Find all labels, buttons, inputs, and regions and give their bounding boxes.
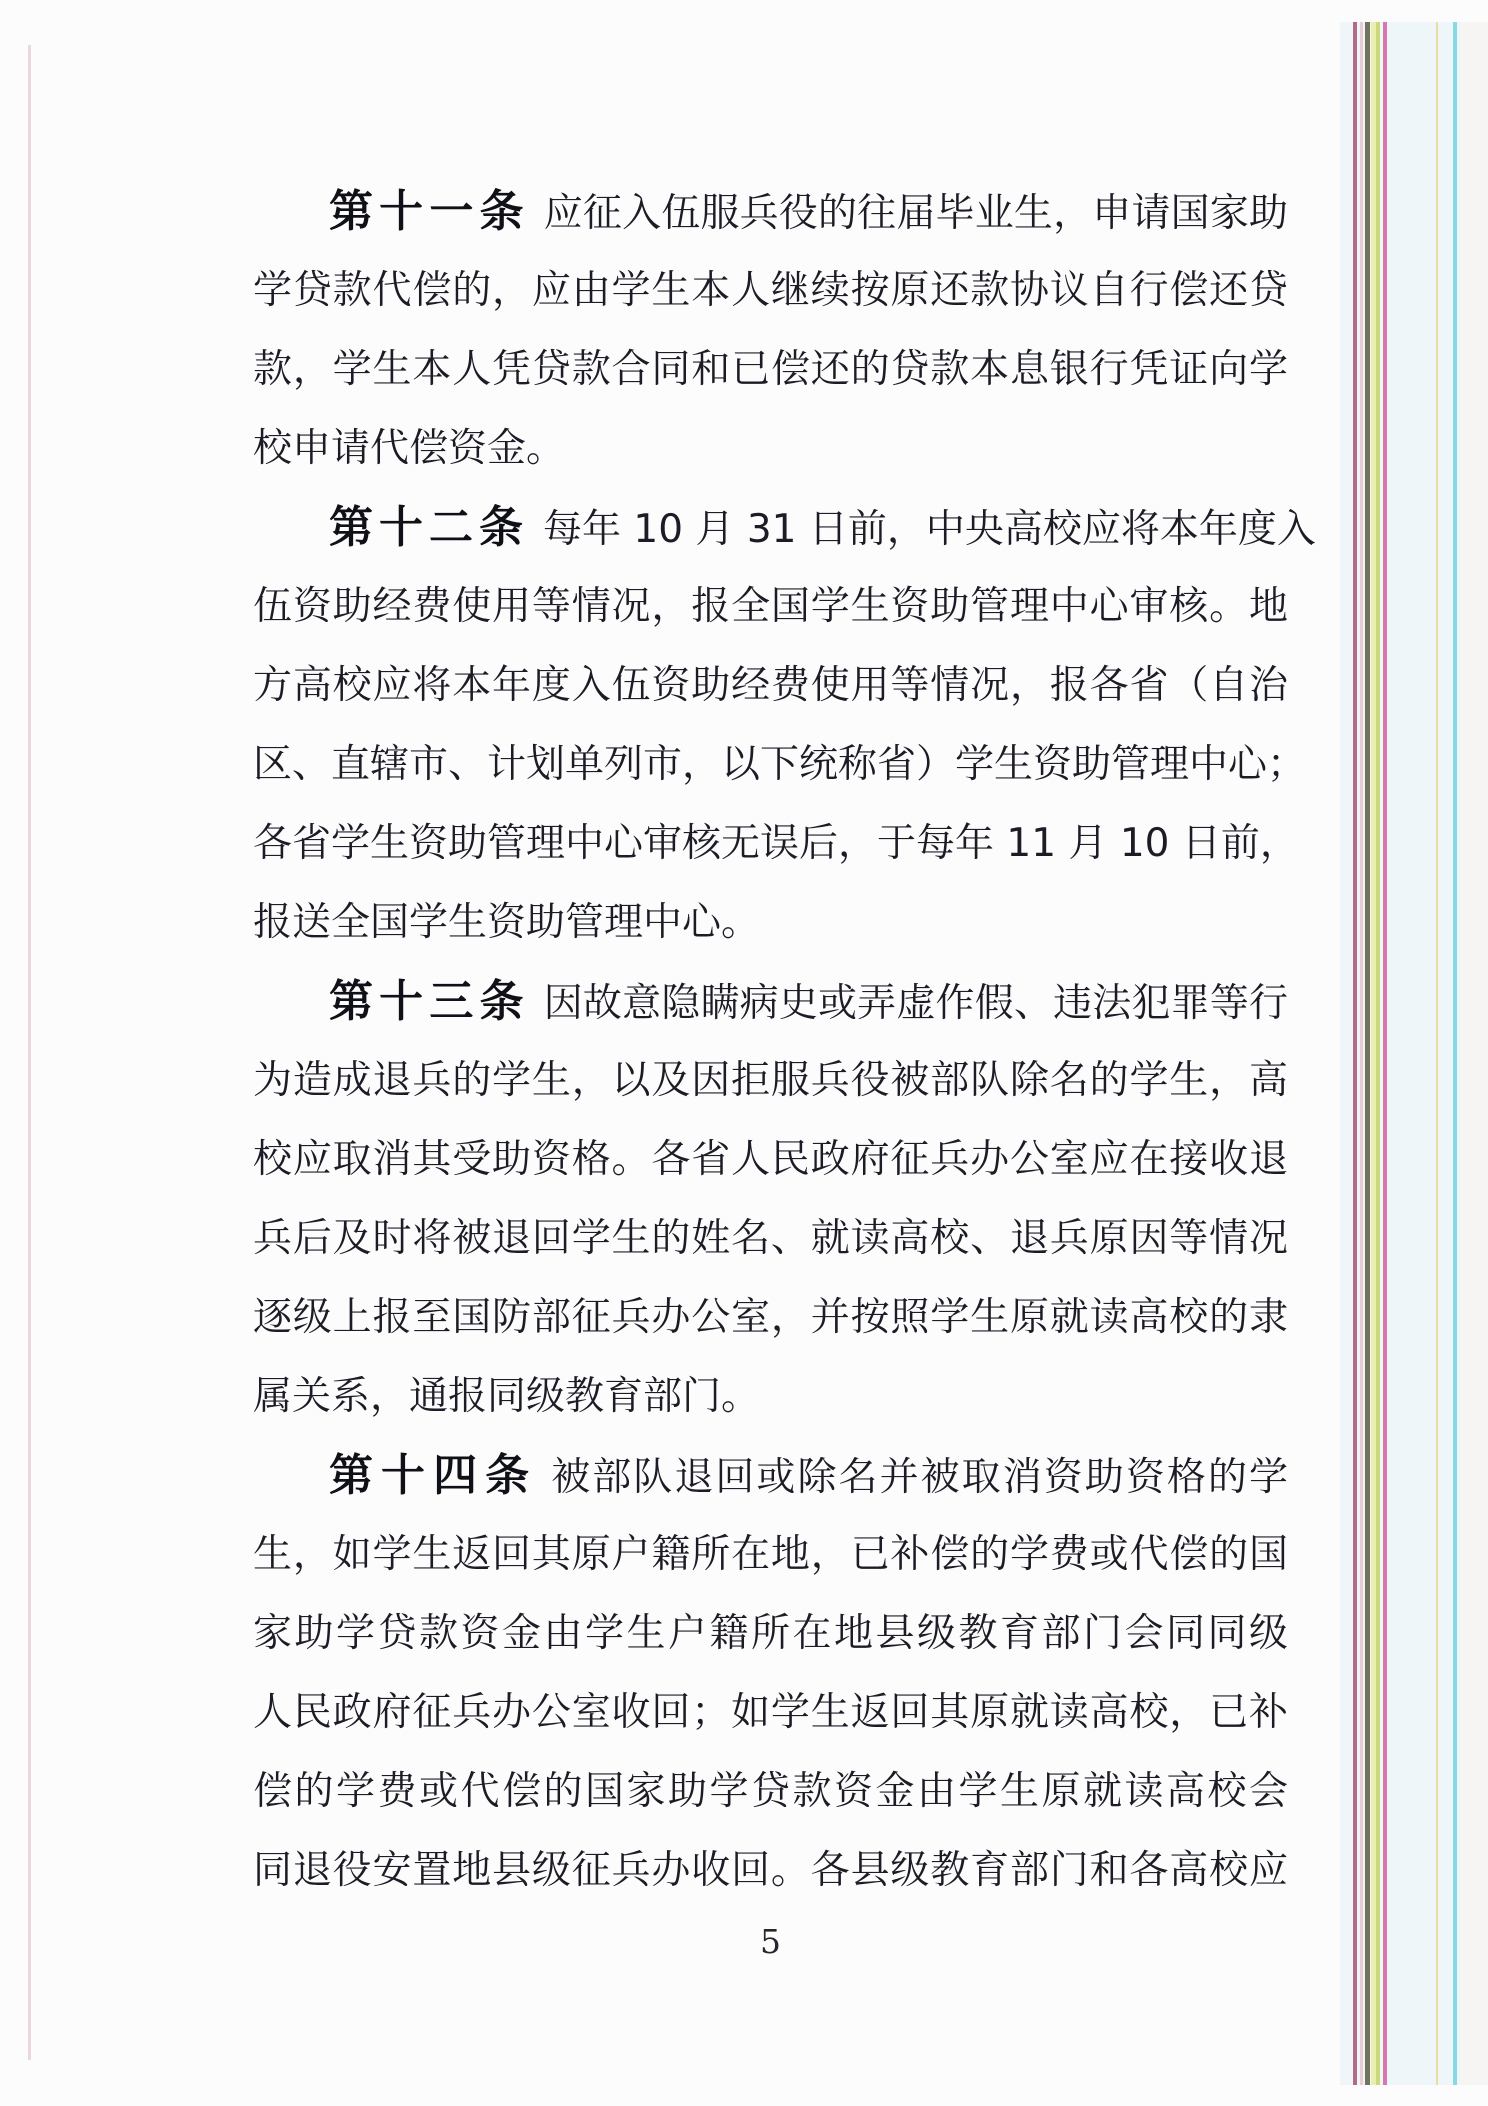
scan-edge-stripe	[1376, 22, 1380, 2085]
scan-edge-stripe	[1453, 22, 1457, 2085]
line-text: 校应取消其受助资格。各省人民政府征兵办公室应在接收退	[253, 1137, 1288, 1182]
text-line: 同退役安置地县级征兵办收回。各县级教育部门和各高校应	[253, 1831, 1288, 1910]
text-line: 方高校应将本年度入伍资助经费使用等情况，报各省（自治	[253, 646, 1288, 725]
text-line: 人民政府征兵办公室收回；如学生返回其原就读高校，已补	[253, 1673, 1288, 1752]
body-text: 第十一条应征入伍服兵役的往届毕业生，申请国家助学贷款代偿的，应由学生本人继续按原…	[253, 172, 1288, 1910]
page-number: 5	[253, 1922, 1288, 1961]
article-number: 第十一条	[329, 186, 530, 237]
line-text: 学贷款代偿的，应由学生本人继续按原还款协议自行偿还贷	[253, 268, 1288, 313]
line-text: 人民政府征兵办公室收回；如学生返回其原就读高校，已补	[253, 1690, 1288, 1735]
line-text: 方高校应将本年度入伍资助经费使用等情况，报各省（自治	[253, 663, 1288, 708]
text-line: 校申请代偿资金。	[253, 409, 1288, 488]
line-text: 各省学生资助管理中心审核无误后，于每年 11 月 10 日前，	[253, 821, 1299, 866]
text-line: 伍资助经费使用等情况，报全国学生资助管理中心审核。地	[253, 567, 1288, 646]
article-number: 第十二条	[329, 502, 529, 553]
scan-edge-band	[1340, 22, 1488, 2085]
line-text: 每年 10 月 31 日前，中央高校应将本年度入	[543, 507, 1316, 552]
text-line: 属关系，通报同级教育部门。	[253, 1357, 1288, 1436]
text-line: 逐级上报至国防部征兵办公室，并按照学生原就读高校的隶	[253, 1278, 1288, 1357]
scan-edge-stripe	[1365, 22, 1370, 2085]
scan-edge-stripe	[1436, 22, 1438, 2085]
article-number: 第十三条	[329, 976, 530, 1027]
scan-edge-stripe	[1360, 22, 1363, 2085]
line-text: 被部队退回或除名并被取消资助资格的学	[551, 1455, 1288, 1500]
line-text: 属关系，通报同级教育部门。	[253, 1374, 760, 1419]
line-text: 为造成退兵的学生，以及因拒服兵役被部队除名的学生，高	[253, 1058, 1288, 1103]
line-text: 伍资助经费使用等情况，报全国学生资助管理中心审核。地	[253, 584, 1288, 629]
line-text: 家助学贷款资金由学生户籍所在地县级教育部门会同同级	[253, 1611, 1288, 1656]
text-line: 第十三条因故意隐瞒病史或弄虚作假、违法犯罪等行	[253, 962, 1288, 1041]
scanned-document-page: 第十一条应征入伍服兵役的往届毕业生，申请国家助学贷款代偿的，应由学生本人继续按原…	[0, 0, 1488, 2106]
article-number: 第十四条	[329, 1450, 537, 1501]
text-line: 生，如学生返回其原户籍所在地，已补偿的学费或代偿的国	[253, 1515, 1288, 1594]
line-text: 兵后及时将被退回学生的姓名、就读高校、退兵原因等情况	[253, 1216, 1288, 1261]
text-line: 家助学贷款资金由学生户籍所在地县级教育部门会同同级	[253, 1594, 1288, 1673]
text-line: 学贷款代偿的，应由学生本人继续按原还款协议自行偿还贷	[253, 251, 1288, 330]
line-text: 区、直辖市、计划单列市，以下统称省）学生资助管理中心；	[253, 742, 1306, 787]
line-text: 偿的学费或代偿的国家助学贷款资金由学生原就读高校会	[253, 1769, 1288, 1814]
line-text: 生，如学生返回其原户籍所在地，已补偿的学费或代偿的国	[253, 1532, 1288, 1577]
scan-edge-stripe	[1460, 22, 1488, 2085]
text-line: 款，学生本人凭贷款合同和已偿还的贷款本息银行凭证向学	[253, 330, 1288, 409]
line-text: 校申请代偿资金。	[253, 426, 565, 471]
line-text: 同退役安置地县级征兵办收回。各县级教育部门和各高校应	[253, 1848, 1288, 1893]
text-line: 兵后及时将被退回学生的姓名、就读高校、退兵原因等情况	[253, 1199, 1288, 1278]
line-text: 款，学生本人凭贷款合同和已偿还的贷款本息银行凭证向学	[253, 347, 1288, 392]
text-line: 第十一条应征入伍服兵役的往届毕业生，申请国家助	[253, 172, 1288, 251]
line-text: 报送全国学生资助管理中心。	[253, 900, 760, 945]
line-text: 应征入伍服兵役的往届毕业生，申请国家助	[544, 191, 1288, 236]
scan-edge-stripe	[1353, 22, 1357, 2085]
scan-left-artifact-line	[28, 45, 31, 2060]
text-line: 校应取消其受助资格。各省人民政府征兵办公室应在接收退	[253, 1120, 1288, 1199]
line-text: 逐级上报至国防部征兵办公室，并按照学生原就读高校的隶	[253, 1295, 1288, 1340]
text-line: 各省学生资助管理中心审核无误后，于每年 11 月 10 日前，	[253, 804, 1288, 883]
text-line: 第十二条每年 10 月 31 日前，中央高校应将本年度入	[253, 488, 1288, 567]
line-text: 因故意隐瞒病史或弄虚作假、违法犯罪等行	[544, 981, 1288, 1026]
text-line: 报送全国学生资助管理中心。	[253, 883, 1288, 962]
text-line: 区、直辖市、计划单列市，以下统称省）学生资助管理中心；	[253, 725, 1288, 804]
scan-edge-stripe	[1383, 22, 1387, 2085]
text-line: 为造成退兵的学生，以及因拒服兵役被部队除名的学生，高	[253, 1041, 1288, 1120]
text-line: 偿的学费或代偿的国家助学贷款资金由学生原就读高校会	[253, 1752, 1288, 1831]
text-line: 第十四条被部队退回或除名并被取消资助资格的学	[253, 1436, 1288, 1515]
